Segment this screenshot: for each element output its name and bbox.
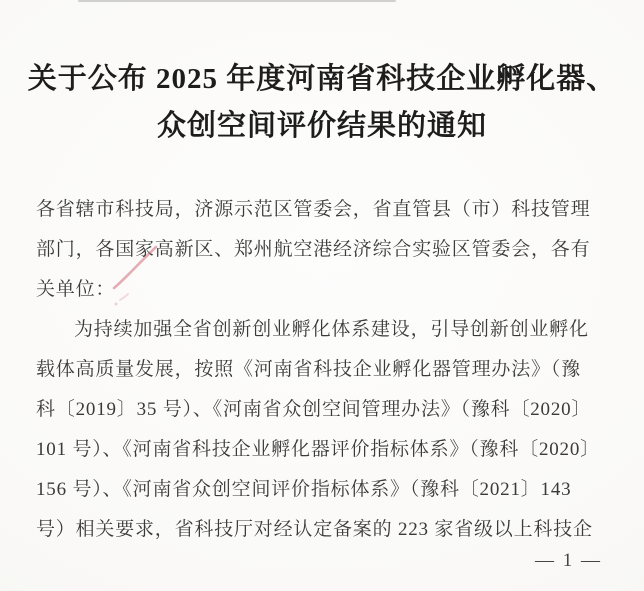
title-line-1: 关于公布 2025 年度河南省科技企业孵化器、 — [0, 56, 644, 103]
body-line: 为持续加强全省创新创业孵化体系建设，引导创新创业孵化 — [36, 310, 608, 350]
document-title: 关于公布 2025 年度河南省科技企业孵化器、 众创空间评价结果的通知 — [0, 0, 644, 150]
body-line: 载体高质量发展，按照《河南省科技企业孵化器管理办法》（豫 — [36, 350, 608, 390]
body-line: 科〔2019〕35 号）、《河南省众创空间管理办法》（豫科〔2020〕 — [36, 390, 608, 430]
title-line-2: 众创空间评价结果的通知 — [0, 103, 644, 150]
page-number: — 1 — — [535, 550, 602, 572]
scanned-document-page: 关于公布 2025 年度河南省科技企业孵化器、 众创空间评价结果的通知 各省辖市… — [0, 0, 644, 591]
body-line: 各省辖市科技局，济源示范区管委会，省直管县（市）科技管理 — [36, 190, 608, 230]
body-line: 号）相关要求，省科技厅对经认定备案的 223 家省级以上科技企 — [36, 510, 608, 550]
body-line: 关单位： — [36, 270, 608, 310]
document-body: 各省辖市科技局，济源示范区管委会，省直管县（市）科技管理部门，各国家高新区、郑州… — [0, 190, 644, 550]
body-line: 部门，各国家高新区、郑州航空港经济综合实验区管委会，各有 — [36, 230, 608, 270]
body-line: 101 号）、《河南省科技企业孵化器评价指标体系》（豫科〔2020〕 — [36, 430, 608, 470]
body-line: 156 号）、《河南省众创空间评价指标体系》（豫科〔2021〕143 — [36, 470, 608, 510]
scan-artifact-line — [78, 0, 396, 2]
